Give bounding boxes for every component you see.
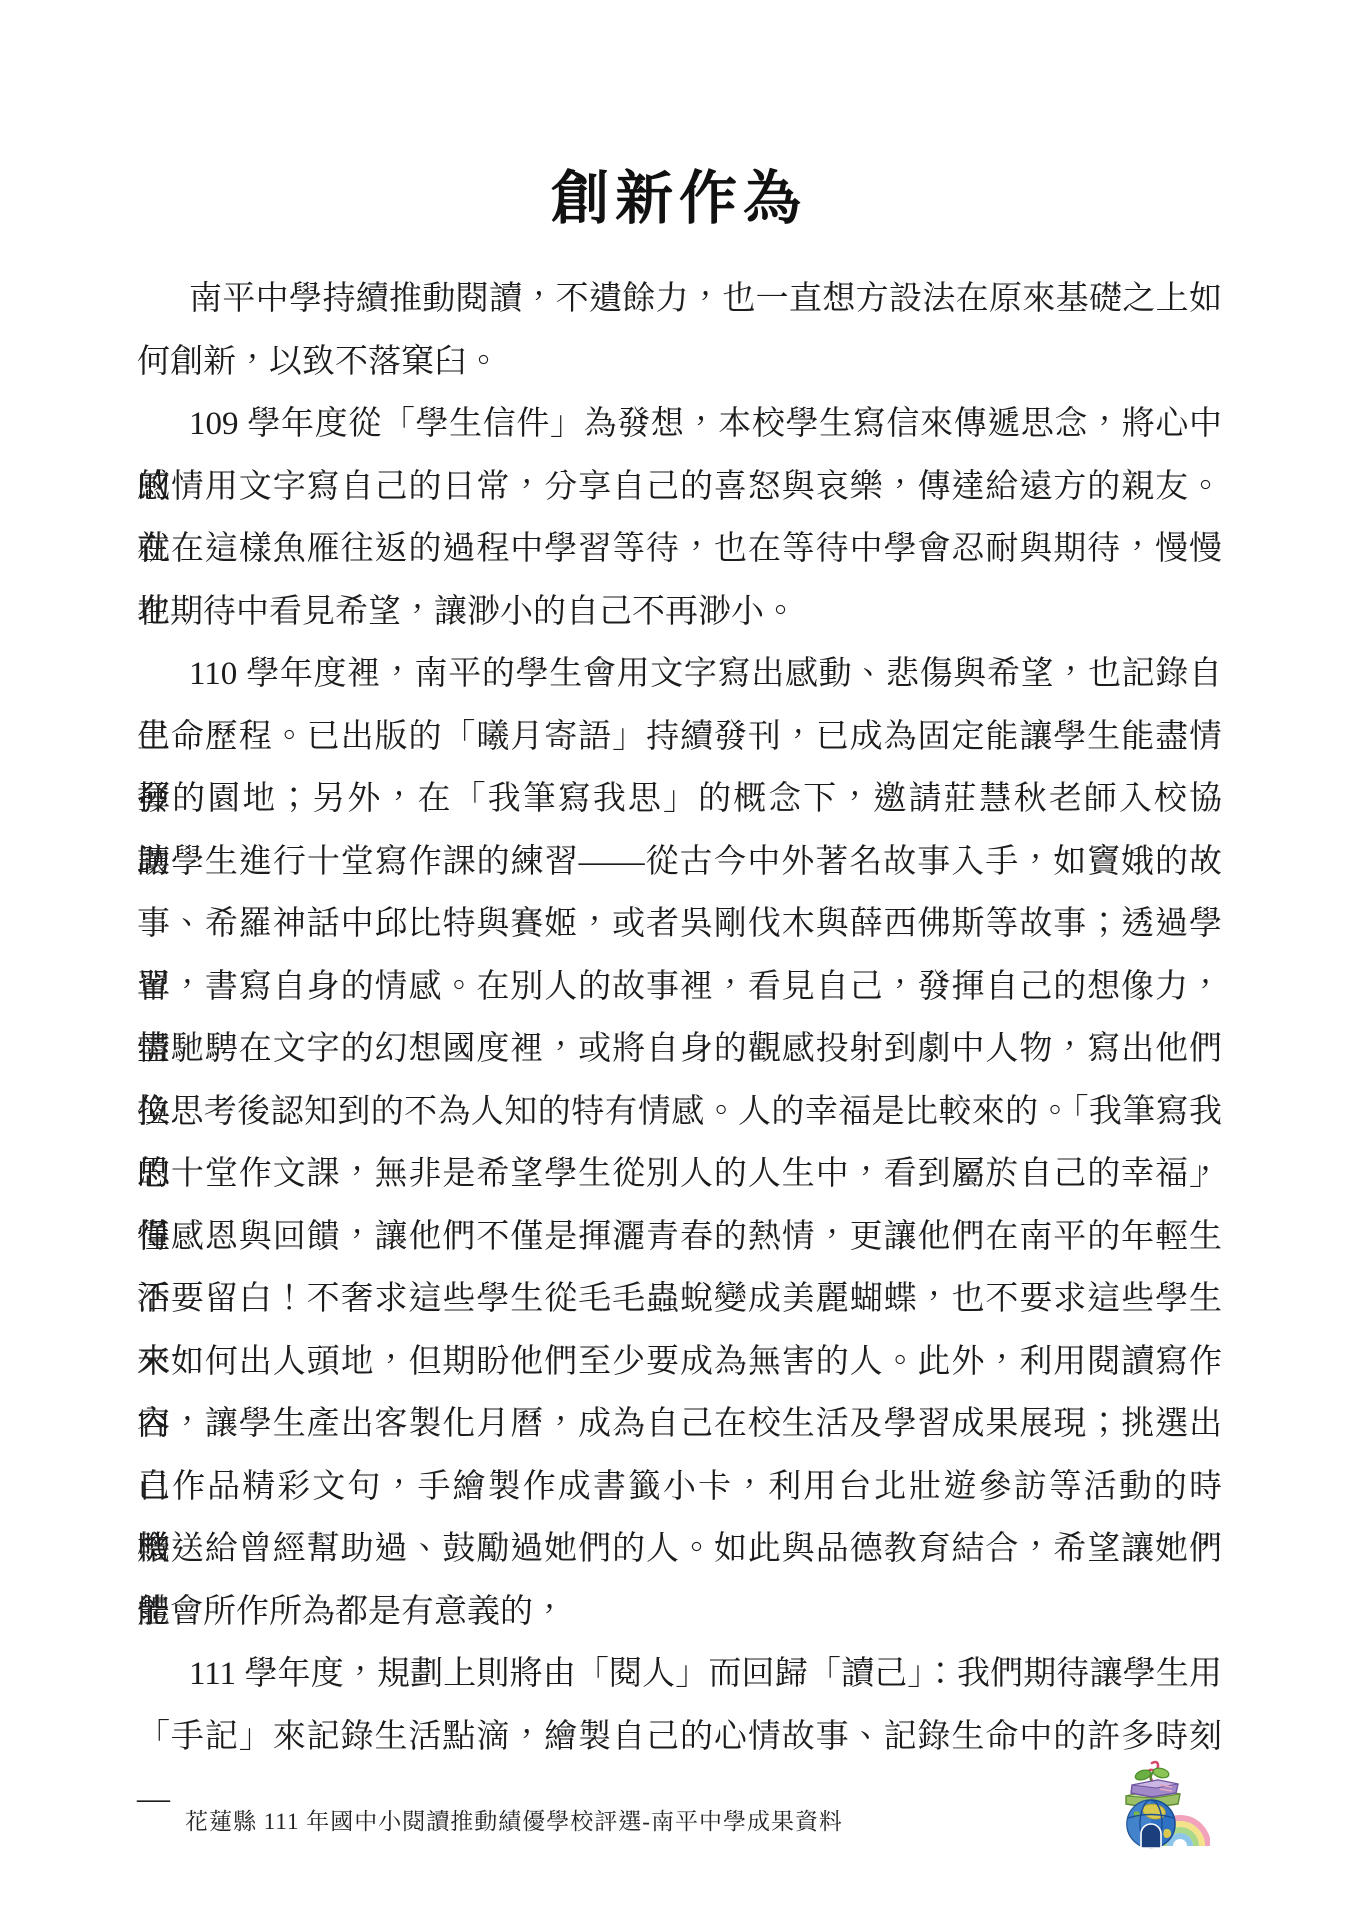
text-line: 得感恩與回饋，讓他們不僅是揮灑青春的熱情，更讓他們在南平的年輕生活 <box>137 1206 1222 1269</box>
text-line: 何創新，以致不落窠臼。 <box>137 331 1222 394</box>
document-page: 創新作為 南平中學持續推動閱讀，不遺餘力，也一直想方設法在原來基礎之上如何創新，… <box>0 0 1358 1920</box>
text-line: 南平中學持續推動閱讀，不遺餘力，也一直想方設法在原來基礎之上如 <box>137 268 1222 331</box>
text-line: 「手記」來記錄生活點滴，繪製自己的心情故事、記錄生命中的許多時刻— <box>137 1706 1222 1769</box>
text-line: 情馳騁在文字的幻想國度裡，或將自身的觀感投射到劇中人物，寫出他們換 <box>137 1018 1222 1081</box>
globe-books-rainbow-logo-icon <box>1114 1760 1210 1852</box>
text-line: 讓學生進行十堂寫作課的練習——從古今中外著名故事入手，如竇娥的故 <box>137 831 1222 894</box>
document-body: 南平中學持續推動閱讀，不遺餘力，也一直想方設法在原來基礎之上如何創新，以致不落窠… <box>137 268 1222 1768</box>
text-line: 來如何出人頭地，但期盼他們至少要成為無害的人。此外，利用閱讀寫作內 <box>137 1331 1222 1394</box>
text-line: 在期待中看見希望，讓渺小的自己不再渺小。 <box>137 581 1222 644</box>
text-line: 單，書寫自身的情感。在別人的故事裡，看見自己，發揮自己的想像力，盡 <box>137 956 1222 1019</box>
text-line: 不要留白！不奢求這些學生從毛毛蟲蛻變成美麗蝴蝶，也不要求這些學生未 <box>137 1268 1222 1331</box>
text-line: 己作品精彩文句，手繪製作成書籤小卡，利用台北壯遊參訪等活動的時機， <box>137 1456 1222 1519</box>
text-line: 揮的園地；另外，在「我筆寫我思」的概念下，邀請莊慧秋老師入校協助， <box>137 768 1222 831</box>
page-footer: 花蓮縣 111 年國中小閱讀推動績優學校評選-南平中學成果資料 <box>185 1803 843 1836</box>
text-line: 110 學年度裡，南平的學生會用文字寫出感動、悲傷與希望，也記錄自己 <box>137 643 1222 706</box>
text-line: 位思考後認知到的不為人知的特有情感。人的幸福是比較來的。「我筆寫我思」 <box>137 1081 1222 1144</box>
text-line: 111 學年度，規劃上則將由「閱人」而回歸「讀己」：我們期待讓學生用 <box>137 1643 1222 1706</box>
text-line: 贈送給曾經幫助過、鼓勵過她們的人。如此與品德教育結合，希望讓她們能 <box>137 1518 1222 1581</box>
text-line: 感情用文字寫自己的日常，分享自己的喜怒與哀樂，傳達給遠方的親友。在 <box>137 456 1222 519</box>
text-line: 容，讓學生產出客製化月曆，成為自己在校生活及學習成果展現；挑選出自 <box>137 1393 1222 1456</box>
text-line: 的十堂作文課，無非是希望學生從別人的人生中，看到屬於自己的幸福，懂 <box>137 1143 1222 1206</box>
text-line: 事、希羅神話中邱比特與賽姬，或者吳剛伐木與薛西佛斯等故事；透過學習 <box>137 893 1222 956</box>
page-title: 創新作為 <box>0 151 1358 235</box>
text-line: 就在這樣魚雁往返的過程中學習等待，也在等待中學會忍耐與期待，慢慢地 <box>137 518 1222 581</box>
text-line: 109 學年度從「學生信件」為發想，本校學生寫信來傳遞思念，將心中的 <box>137 393 1222 456</box>
globe-icon <box>1127 1800 1175 1848</box>
text-line: 生命歷程。已出版的「曦月寄語」持續發刊，已成為固定能讓學生能盡情發 <box>137 706 1222 769</box>
text-line: 體會所作所為都是有意義的， <box>137 1581 1222 1644</box>
